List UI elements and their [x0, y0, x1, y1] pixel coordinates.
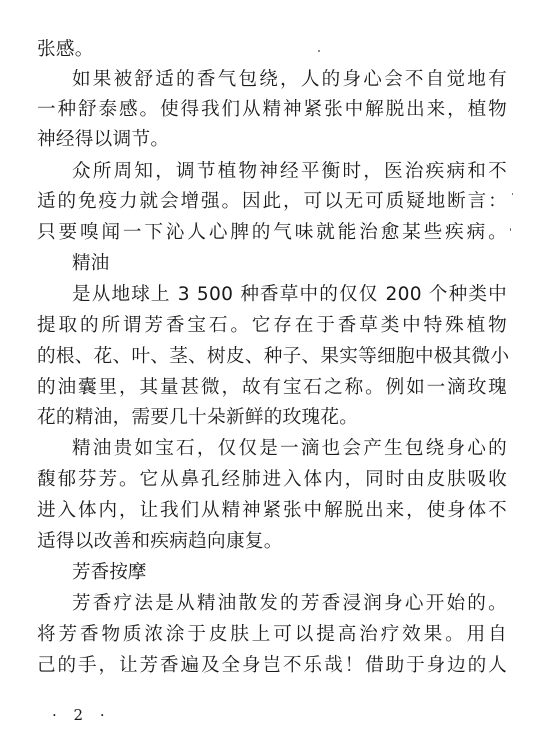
scan-speck — [318, 50, 320, 52]
text-line: 馥郁芬芳。它从鼻孔经肺进入体内，同时由皮肤吸收 — [37, 468, 507, 492]
section-heading: 精油 — [72, 252, 109, 276]
text-line: 如果被舒适的香气包绕，人的身心会不自觉地有 — [72, 68, 507, 92]
text-line: 神经得以调节。 — [37, 128, 507, 152]
text-line: 花的精油，需要几十朵新鲜的玫瑰花。 — [37, 406, 507, 430]
text-line: 己的手，让芳香遍及全身岂不乐哉！借助于身边的人 — [37, 654, 507, 678]
text-line: 只要嗅闻一下沁人心脾的气味就能治愈某些疾病。 — [37, 221, 507, 245]
text-line: 的油囊里，其量甚微，故有宝石之称。例如一滴玫瑰 — [37, 376, 507, 400]
document-page: 张感。 如果被舒适的香气包绕，人的身心会不自觉地有 一种舒泰感。使得我们从精神紧… — [0, 0, 538, 755]
page-number: · 2 · — [52, 706, 111, 724]
text-line: 提取的所谓芳香宝石。它存在于香草类中特殊植物 — [37, 314, 507, 338]
text-line: 将芳香物质浓涂于皮肤上可以提高治疗效果。用自 — [37, 623, 507, 647]
text-line: 一种舒泰感。使得我们从精神紧张中解脱出来，植物 — [37, 98, 507, 122]
text-line: 适得以改善和疾病趋向康复。 — [37, 530, 507, 554]
text-line: 是从地球上 3 500 种香草中的仅仅 200 个种类中 — [72, 283, 507, 307]
text-line: 的根、花、叶、茎、树皮、种子、果实等细胞中极其微小 — [37, 345, 507, 369]
text-line: 适的免疫力就会增强。因此，可以无可质疑地断言： — [37, 190, 507, 214]
section-heading: 芳香按摩 — [72, 561, 146, 585]
text-line: 众所周知，调节植物神经平衡时，医治疾病和不 — [72, 160, 507, 184]
scan-speck — [510, 228, 511, 231]
text-line: 进入体内，让我们从精神紧张中解脱出来，使身体不 — [37, 499, 507, 523]
text-line: 芳香疗法是从精油散发的芳香浸润身心开始的。 — [72, 592, 507, 616]
scan-speck — [512, 193, 513, 195]
text-line: 精油贵如宝石，仅仅是一滴也会产生包绕身心的 — [72, 437, 507, 461]
text-line: 张感。 — [37, 38, 507, 62]
